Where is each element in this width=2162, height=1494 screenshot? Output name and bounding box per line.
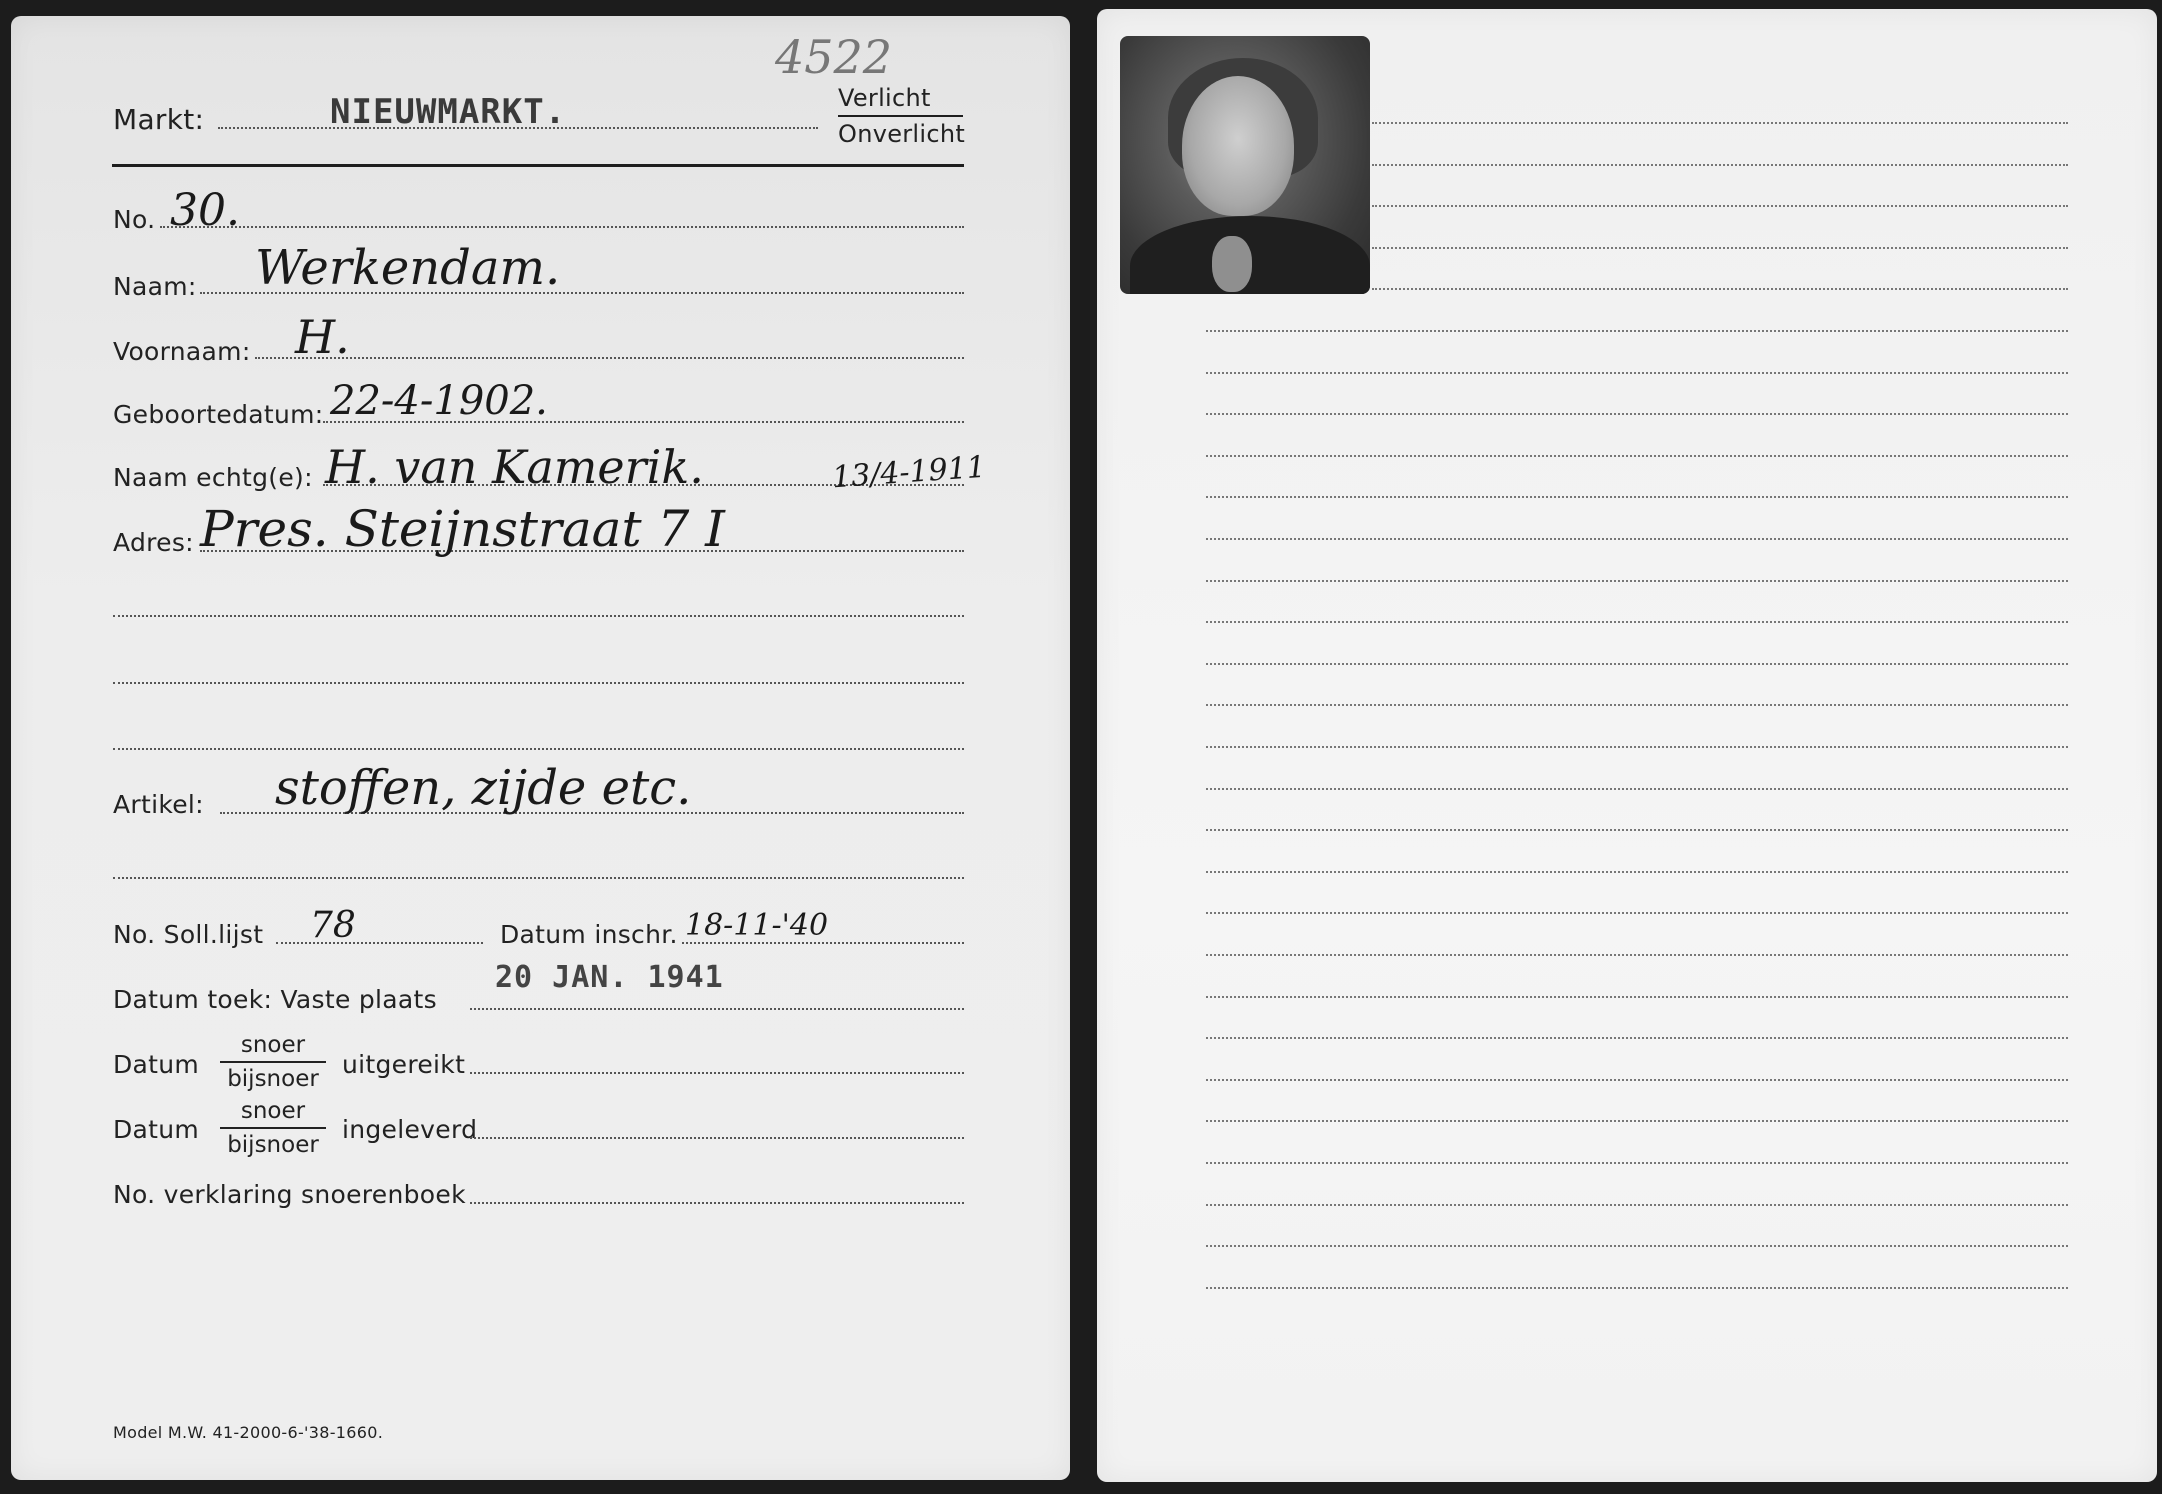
portrait-photo bbox=[1120, 36, 1370, 294]
ruled-line bbox=[1206, 704, 2068, 706]
adres-extra-line-1 bbox=[113, 615, 964, 617]
no-line bbox=[160, 226, 964, 228]
ruled-line bbox=[1372, 247, 2068, 249]
ingeleverd-prefix: Datum bbox=[113, 1115, 199, 1144]
ruled-line bbox=[1206, 455, 2068, 457]
model-footer: Model M.W. 41-2000-6-'38-1660. bbox=[113, 1423, 383, 1442]
adres-extra-line-3 bbox=[113, 748, 964, 750]
ruled-line bbox=[1206, 580, 2068, 582]
ruled-line bbox=[1372, 288, 2068, 290]
soll-lijst-line bbox=[276, 942, 483, 944]
lighting-option-onverlicht: Onverlicht bbox=[838, 120, 965, 148]
ruled-line bbox=[1206, 912, 2068, 914]
uitgereikt-line bbox=[470, 1072, 964, 1074]
ruled-line bbox=[1206, 746, 2068, 748]
ruled-line bbox=[1372, 164, 2068, 166]
datum-inschr-value: 18-11-'40 bbox=[685, 908, 828, 943]
lighting-option-verlicht: Verlicht bbox=[838, 84, 931, 112]
ruled-line bbox=[1206, 372, 2068, 374]
ruled-line bbox=[1206, 1245, 2068, 1247]
uitgereikt-prefix: Datum bbox=[113, 1050, 199, 1079]
ruled-line bbox=[1372, 205, 2068, 207]
ruled-line bbox=[1206, 621, 2068, 623]
datum-toek-label: Datum toek: Vaste plaats bbox=[113, 985, 437, 1014]
ruled-line bbox=[1206, 413, 2068, 415]
no-value: 30. bbox=[170, 185, 240, 236]
ruled-line bbox=[1206, 1079, 2068, 1081]
ingeleverd-suffix: ingeleverd bbox=[342, 1115, 477, 1144]
soll-lijst-value: 78 bbox=[310, 905, 356, 946]
verklaring-line bbox=[470, 1202, 964, 1204]
ruled-line bbox=[1206, 1120, 2068, 1122]
artikel-extra-line bbox=[113, 877, 964, 879]
naam-label: Naam: bbox=[113, 272, 197, 301]
fraction-bar bbox=[220, 1061, 326, 1063]
ruled-line bbox=[1372, 122, 2068, 124]
ruled-line bbox=[1206, 954, 2068, 956]
markt-label: Markt: bbox=[113, 103, 204, 136]
ruled-line bbox=[1206, 996, 2068, 998]
uitgereikt-denominator: bijsnoer bbox=[220, 1066, 326, 1092]
ruled-line bbox=[1206, 330, 2068, 332]
artikel-value: stoffen, zijde etc. bbox=[275, 760, 691, 816]
uitgereikt-fraction: snoer bijsnoer bbox=[220, 1032, 326, 1092]
datum-toek-line bbox=[470, 1008, 964, 1010]
header-rule bbox=[112, 164, 964, 167]
photo-face bbox=[1182, 76, 1294, 216]
uitgereikt-numerator: snoer bbox=[220, 1032, 326, 1058]
ingeleverd-line bbox=[470, 1137, 964, 1139]
ruled-line bbox=[1206, 1287, 2068, 1289]
naam-echtgenote-label: Naam echtg(e): bbox=[113, 463, 313, 492]
ingeleverd-numerator: snoer bbox=[220, 1098, 326, 1124]
ruled-line bbox=[1206, 538, 2068, 540]
datum-inschr-label: Datum inschr. bbox=[500, 920, 678, 949]
geboortedatum-label: Geboortedatum: bbox=[113, 400, 324, 429]
ruled-line bbox=[1206, 788, 2068, 790]
ruled-line bbox=[1206, 496, 2068, 498]
archive-number: 4522 bbox=[775, 30, 892, 84]
voornaam-label: Voornaam: bbox=[113, 337, 251, 366]
naam-echtgenote-value: H. van Kamerik. bbox=[325, 440, 704, 494]
ingeleverd-denominator: bijsnoer bbox=[220, 1132, 326, 1158]
voornaam-value: H. bbox=[295, 310, 350, 364]
geboortedatum-value: 22-4-1902. bbox=[330, 378, 548, 424]
fraction-bar bbox=[220, 1127, 326, 1129]
adres-extra-line-2 bbox=[113, 682, 964, 684]
lighting-divider bbox=[838, 115, 963, 117]
ruled-line bbox=[1206, 1162, 2068, 1164]
photo-brooch bbox=[1212, 236, 1252, 292]
ruled-line bbox=[1206, 1037, 2068, 1039]
naam-value: Werkendam. bbox=[255, 240, 560, 296]
ingeleverd-fraction: snoer bijsnoer bbox=[220, 1098, 326, 1158]
soll-lijst-label: No. Soll.lijst bbox=[113, 920, 263, 949]
markt-value: NIEUWMARKT. bbox=[330, 92, 566, 132]
adres-value: Pres. Steijnstraat 7 I bbox=[200, 500, 725, 558]
no-label: No. bbox=[113, 205, 155, 234]
adres-label: Adres: bbox=[113, 528, 194, 557]
ruled-line bbox=[1206, 1204, 2068, 1206]
ruled-line bbox=[1206, 829, 2068, 831]
ruled-line bbox=[1206, 871, 2068, 873]
ruled-line bbox=[1206, 663, 2068, 665]
artikel-label: Artikel: bbox=[113, 790, 204, 819]
voornaam-line bbox=[255, 357, 964, 359]
verklaring-label: No. verklaring snoerenboek bbox=[113, 1180, 466, 1209]
uitgereikt-suffix: uitgereikt bbox=[342, 1050, 465, 1079]
datum-toek-stamp: 20 JAN. 1941 bbox=[495, 960, 724, 995]
